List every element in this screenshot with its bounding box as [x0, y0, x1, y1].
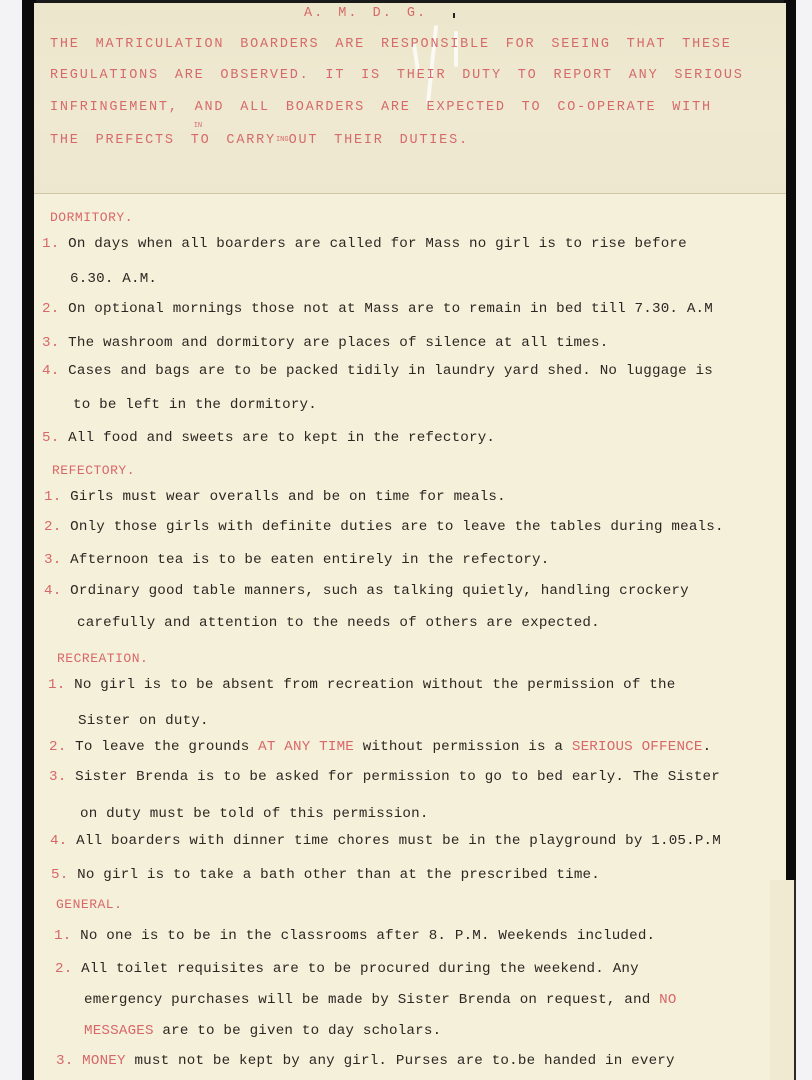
rule-number: 1. [54, 928, 71, 944]
preamble-text: OUT THEIR DUTIES. [289, 133, 469, 148]
rule-text: must not be kept by any girl. Purses are… [126, 1053, 675, 1069]
general-rule-3: 3. MONEY must not be kept by any girl. P… [56, 1053, 675, 1069]
recreation-rule-2: 2. To leave the grounds AT ANY TIME with… [49, 739, 711, 755]
rule-text: On days when all boarders are called for… [68, 236, 687, 252]
rule-number: 3. [42, 335, 59, 351]
preamble-text: TO [191, 133, 211, 148]
rule-text: All toilet requisites are to be procured… [81, 961, 639, 977]
rule-text: All boarders with dinner time chores mus… [76, 833, 721, 849]
rule-number: 4. [42, 363, 59, 379]
dormitory-rule-1-cont: 6.30. A.M. [70, 271, 157, 287]
rule-number: 2. [42, 301, 59, 317]
rule-text: No girl is to take a bath other than at … [77, 867, 600, 883]
refectory-rule-4: 4. Ordinary good table manners, such as … [44, 583, 689, 599]
emphasis-money: MONEY [82, 1053, 126, 1069]
preamble-text: CARRY [211, 133, 276, 148]
handwritten-correction: ING [276, 136, 289, 144]
rule-text: Only those girls with definite duties ar… [70, 519, 724, 535]
dormitory-rule-2: 2. On optional mornings those not at Mas… [42, 301, 713, 317]
recreation-rule-3-cont: on duty must be told of this permission. [80, 806, 429, 822]
rule-number: 2. [44, 519, 61, 535]
section-title-dormitory: DORMITORY. [50, 210, 133, 225]
rule-text: Girls must wear overalls and be on time … [70, 489, 506, 505]
rule-text: Sister Brenda is to be asked for permiss… [75, 769, 720, 785]
preamble-line-4: THE PREFECTS INTO CARRYINGOUT THEIR DUTI… [50, 133, 469, 148]
preamble-line-2: REGULATIONS ARE OBSERVED. IT IS THEIR DU… [50, 68, 744, 83]
dormitory-rule-4: 4. Cases and bags are to be packed tidil… [42, 363, 713, 379]
rule-number: 1. [44, 489, 61, 505]
header-mark-amdg: A. M. D. G. [304, 6, 427, 21]
general-rule-2: 2. All toilet requisites are to be procu… [55, 961, 639, 977]
dormitory-rule-1: 1. On days when all boarders are called … [42, 236, 687, 252]
rule-text: Ordinary good table manners, such as tal… [70, 583, 689, 599]
rule-text: The washroom and dormitory are places of… [68, 335, 608, 351]
emphasis-serious-offence: SERIOUS OFFENCE [572, 739, 703, 755]
emphasis-no: NO [659, 992, 676, 1008]
general-rule-1: 1. No one is to be in the classrooms aft… [54, 928, 655, 944]
rule-number: 3. [49, 769, 66, 785]
preamble-line-3: INFRINGEMENT, AND ALL BOARDERS ARE EXPEC… [50, 100, 712, 115]
rule-text: All food and sweets are to kept in the r… [68, 430, 495, 446]
recreation-rule-5: 5. No girl is to take a bath other than … [51, 867, 600, 883]
preamble-text: THE PREFECTS [50, 133, 191, 148]
rule-text: No girl is to be absent from recreation … [74, 677, 675, 693]
section-title-general: GENERAL. [56, 897, 122, 912]
preamble-band [34, 3, 786, 194]
rule-number: 1. [48, 677, 65, 693]
dormitory-rule-4-cont: to be left in the dormitory. [73, 397, 317, 413]
general-rule-2-cont: emergency purchases will be made by Sist… [84, 992, 677, 1008]
rule-number: 2. [49, 739, 66, 755]
rule-text: Afternoon tea is to be eaten entirely in… [70, 552, 549, 568]
recreation-rule-1: 1. No girl is to be absent from recreati… [48, 677, 675, 693]
rule-number: 5. [42, 430, 59, 446]
emphasis-messages: MESSAGES [84, 1023, 154, 1039]
general-rule-2-cont2: MESSAGES are to be given to day scholars… [84, 1023, 441, 1039]
recreation-rule-4: 4. All boarders with dinner time chores … [50, 833, 721, 849]
rule-text: On optional mornings those not at Mass a… [68, 301, 713, 317]
section-title-recreation: RECREATION. [57, 651, 148, 666]
frame-right-thin-edge [794, 880, 796, 1080]
section-title-refectory: REFECTORY. [52, 463, 135, 478]
refectory-rule-2: 2. Only those girls with definite duties… [44, 519, 724, 535]
rule-text: emergency purchases will be made by Sist… [84, 992, 659, 1008]
paper-edge-fold [770, 880, 794, 1080]
recreation-rule-3: 3. Sister Brenda is to be asked for perm… [49, 769, 720, 785]
rule-text: No one is to be in the classrooms after … [80, 928, 655, 944]
refectory-rule-4-cont: carefully and attention to the needs of … [77, 615, 600, 631]
refectory-rule-1: 1. Girls must wear overalls and be on ti… [44, 489, 506, 505]
document-page: A. M. D. G. THE MATRICULATION BOARDERS A… [34, 3, 786, 1080]
dormitory-rule-3: 3. The washroom and dormitory are places… [42, 335, 608, 351]
rule-number: 3. [56, 1053, 73, 1069]
refectory-rule-3: 3. Afternoon tea is to be eaten entirely… [44, 552, 549, 568]
rule-number: 3. [44, 552, 61, 568]
rule-number: 2. [55, 961, 72, 977]
rule-text: are to be given to day scholars. [154, 1023, 442, 1039]
rule-number: 1. [42, 236, 59, 252]
dormitory-rule-5: 5. All food and sweets are to kept in th… [42, 430, 495, 446]
emphasis-at-any-time: AT ANY TIME [258, 739, 354, 755]
recreation-rule-1-cont: Sister on duty. [78, 713, 209, 729]
rule-text: without permission is a [354, 739, 572, 755]
rule-text: To leave the grounds [75, 739, 258, 755]
preamble-line-1: THE MATRICULATION BOARDERS ARE RESPONSIB… [50, 37, 732, 52]
ink-dot [453, 13, 455, 18]
rule-text: . [703, 739, 712, 755]
rule-text: Cases and bags are to be packed tidily i… [68, 363, 713, 379]
rule-number: 5. [51, 867, 68, 883]
rule-number: 4. [50, 833, 67, 849]
rule-number: 4. [44, 583, 61, 599]
handwritten-correction: IN [194, 122, 202, 130]
